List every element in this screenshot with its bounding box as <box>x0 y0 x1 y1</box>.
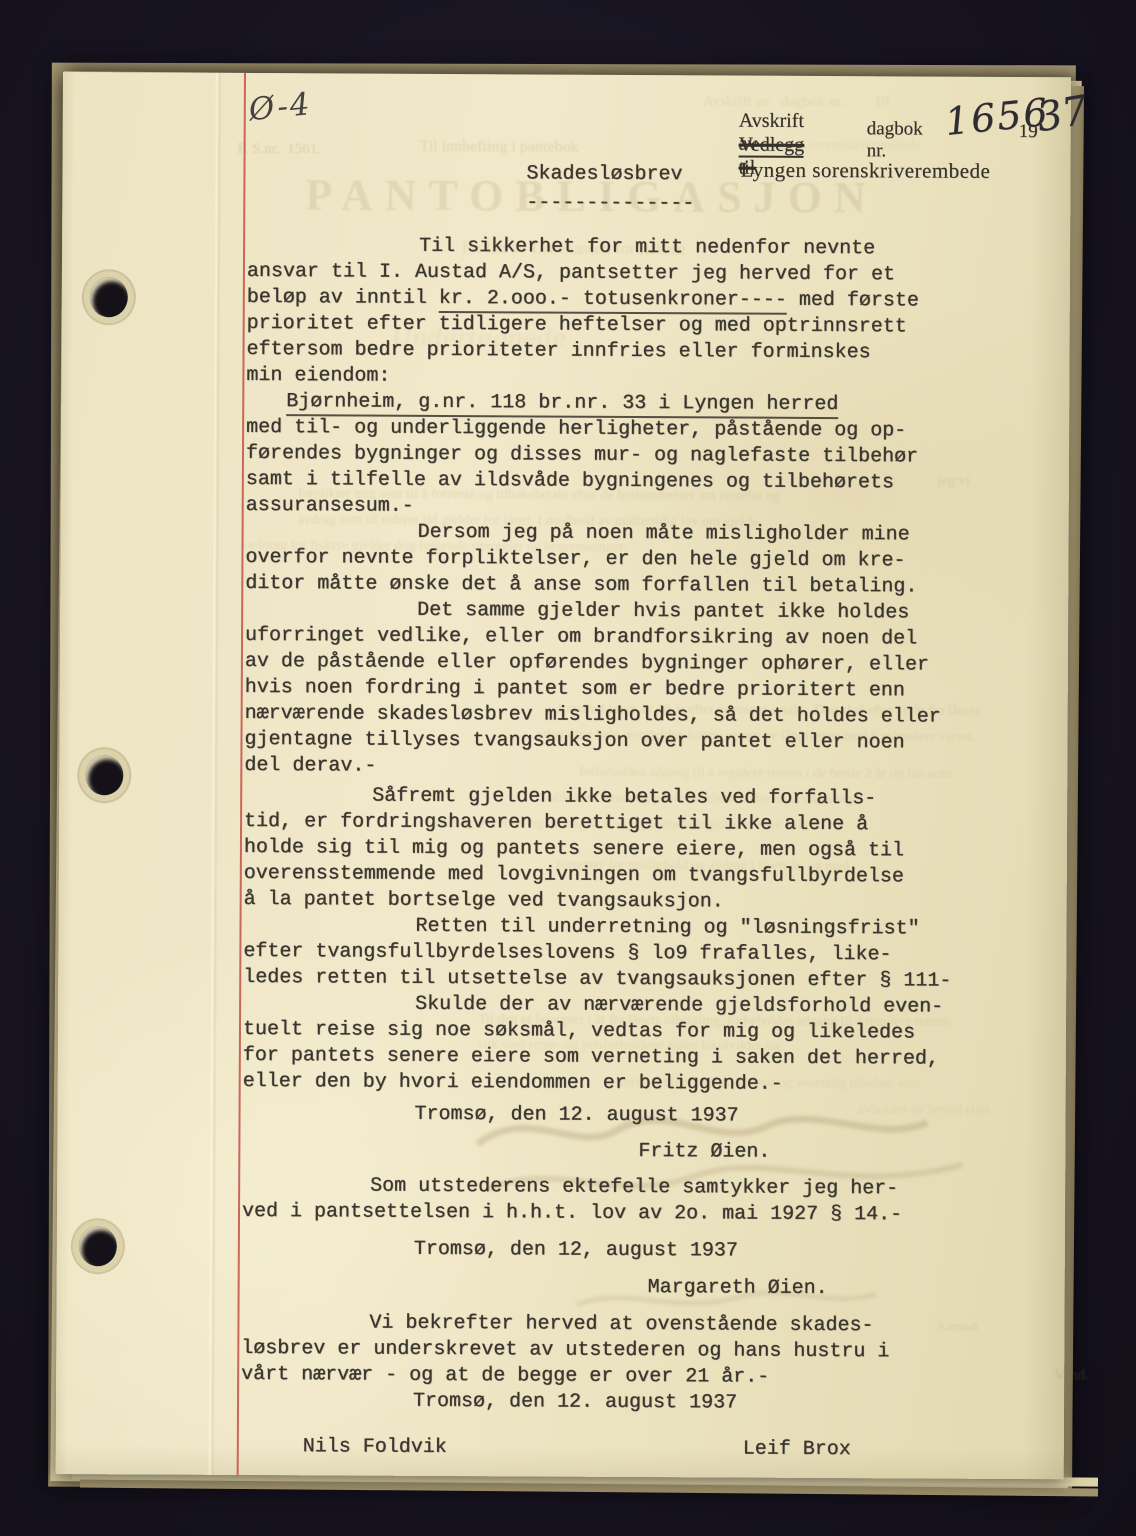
typed-line: eftersom bedre prioriteter innfries elle… <box>246 337 1036 367</box>
document-title-block: Skadesløsbrev -------------- <box>526 162 694 215</box>
typed-line: samt i tilfelle av ildsvåde bygningenes … <box>246 467 1036 497</box>
hole-punch <box>79 1226 117 1266</box>
typed-line: av de påstående eller opførendes bygning… <box>245 649 1035 679</box>
typed-line: nærværende skadesløsbrev misligholdes, s… <box>245 701 1035 731</box>
typed-line: min eiendom: <box>246 363 1036 393</box>
bleedthrough-text: Avskrift av dagbok nr. 19 <box>703 93 889 111</box>
typed-line: Dersom jeg på noen måte misligholder min… <box>246 519 1036 549</box>
margin-note-handwritten: Ø-4 <box>247 86 313 128</box>
typed-line: førendes bygninger og disses mur- og nag… <box>246 441 1036 471</box>
typed-line: del derav.- <box>244 753 1034 783</box>
typed-line: Bjørnheim, g.nr. 118 br.nr. 33 i Lyngen … <box>246 389 1036 419</box>
typed-line: prioritet efter tidligere heftelser og m… <box>247 311 1037 341</box>
typed-line: Tromsø, den 12. august 1937 <box>241 1388 1031 1418</box>
typed-line: assuransesum.- <box>246 493 1036 523</box>
typed-line: overfor nevnte forpliktelser, er den hel… <box>245 545 1035 575</box>
typed-line: Retten til underretning og "løsningsfris… <box>243 913 1033 943</box>
typed-line: å la pantet bortselge ved tvangsauksjon. <box>244 887 1034 917</box>
typed-line: med til- og underliggende herligheter, p… <box>246 415 1036 445</box>
typed-line: holde sig til mig og pantets senere eier… <box>244 835 1034 865</box>
witness-signature-row: Nils Foldvik Leif Brox <box>241 1435 1031 1465</box>
typed-body: Til sikkerhet for mitt nedenfor nevntean… <box>241 233 1037 1418</box>
typed-line: løsbrev er underskrevet av utstederen og… <box>241 1336 1031 1366</box>
title-underline-dashes: -------------- <box>526 191 694 215</box>
document-title: Skadesløsbrev <box>526 162 694 186</box>
typed-line: eller den by hvori eiendommen er beligge… <box>243 1069 1033 1099</box>
typed-line: vårt nærvær - og at de begge er over 21 … <box>241 1362 1031 1392</box>
typed-line: Vi bekrefter herved at ovenstående skade… <box>241 1310 1031 1340</box>
typed-line: ansvar til I. Austad A/S, pantsetter jeg… <box>247 259 1037 289</box>
scanned-document-photo: Ø-4 Avskrift av Vedlegg til dagbok nr. 1… <box>0 0 1136 1536</box>
typed-line: Såfremt gjelden ikke betales ved forfall… <box>244 783 1034 813</box>
typed-line: Tromsø, den 12. august 1937 <box>242 1101 1032 1131</box>
paper-crease <box>208 73 222 1475</box>
typed-line: ved i pantsettelsen i h.h.t. lov av 2o. … <box>242 1199 1032 1229</box>
typed-line: gjentagne tillyses tvangsauksjon over pa… <box>244 727 1034 757</box>
hole-punch <box>90 277 128 317</box>
typed-line: overensstemmende med lovgivningen om tva… <box>244 861 1034 891</box>
typed-line: for pantets senere eiere som verneting i… <box>243 1043 1033 1073</box>
bleedthrough-text: Til innhefting i pantebok <box>420 138 579 157</box>
typed-line: tuelt reise sig noe søksmål, vedtas for … <box>243 1017 1033 1047</box>
typed-line: ditor måtte ønske det å anse som forfall… <box>245 571 1035 601</box>
typed-line: Skulde der av nærværende gjeldsforhold e… <box>243 991 1033 1021</box>
year-handwritten: 37 <box>1033 87 1091 141</box>
stamp-dagbok-label: dagbok nr. <box>867 118 923 162</box>
typed-line: tid, er fordringshaveren berettiget til … <box>244 809 1034 839</box>
hole-punch <box>85 755 123 795</box>
typed-line: Til sikkerhet for mitt nedenfor nevnte <box>247 233 1037 263</box>
typed-line: Det samme gjelder hvis pantet ikke holde… <box>245 597 1035 627</box>
stamp-office-name: Lyngen sorenskriverembede <box>740 158 990 184</box>
typed-line: Fritz Øien. <box>242 1137 1032 1167</box>
witness-signature-right: Leif Brox <box>743 1438 851 1462</box>
typed-line: beløp av inntil kr. 2.ooo.- totusenkrone… <box>247 285 1037 315</box>
document-page: Ø-4 Avskrift av Vedlegg til dagbok nr. 1… <box>56 72 1071 1479</box>
stamp-year-printed: 19 <box>1019 121 1038 143</box>
witness-signature-left: Nils Foldvik <box>303 1435 447 1459</box>
typed-line: efter tvangsfullbyrdelseslovens § lo9 fr… <box>243 939 1033 969</box>
typed-line: Tromsø, den 12, august 1937 <box>242 1236 1032 1266</box>
typed-line: Som utstederens ektefelle samtykker jeg … <box>242 1173 1032 1203</box>
typed-line: uforringet vedlike, eller om brandforsik… <box>245 623 1035 653</box>
typed-line: ledes retten til utsettelse av tvangsauk… <box>243 965 1033 995</box>
bleedthrough-text: F. S.nr. 1561. <box>238 141 321 158</box>
typed-line: hvis noen fordring i pantet som er bedre… <box>245 675 1035 705</box>
typed-line: Margareth Øien. <box>242 1273 1032 1303</box>
